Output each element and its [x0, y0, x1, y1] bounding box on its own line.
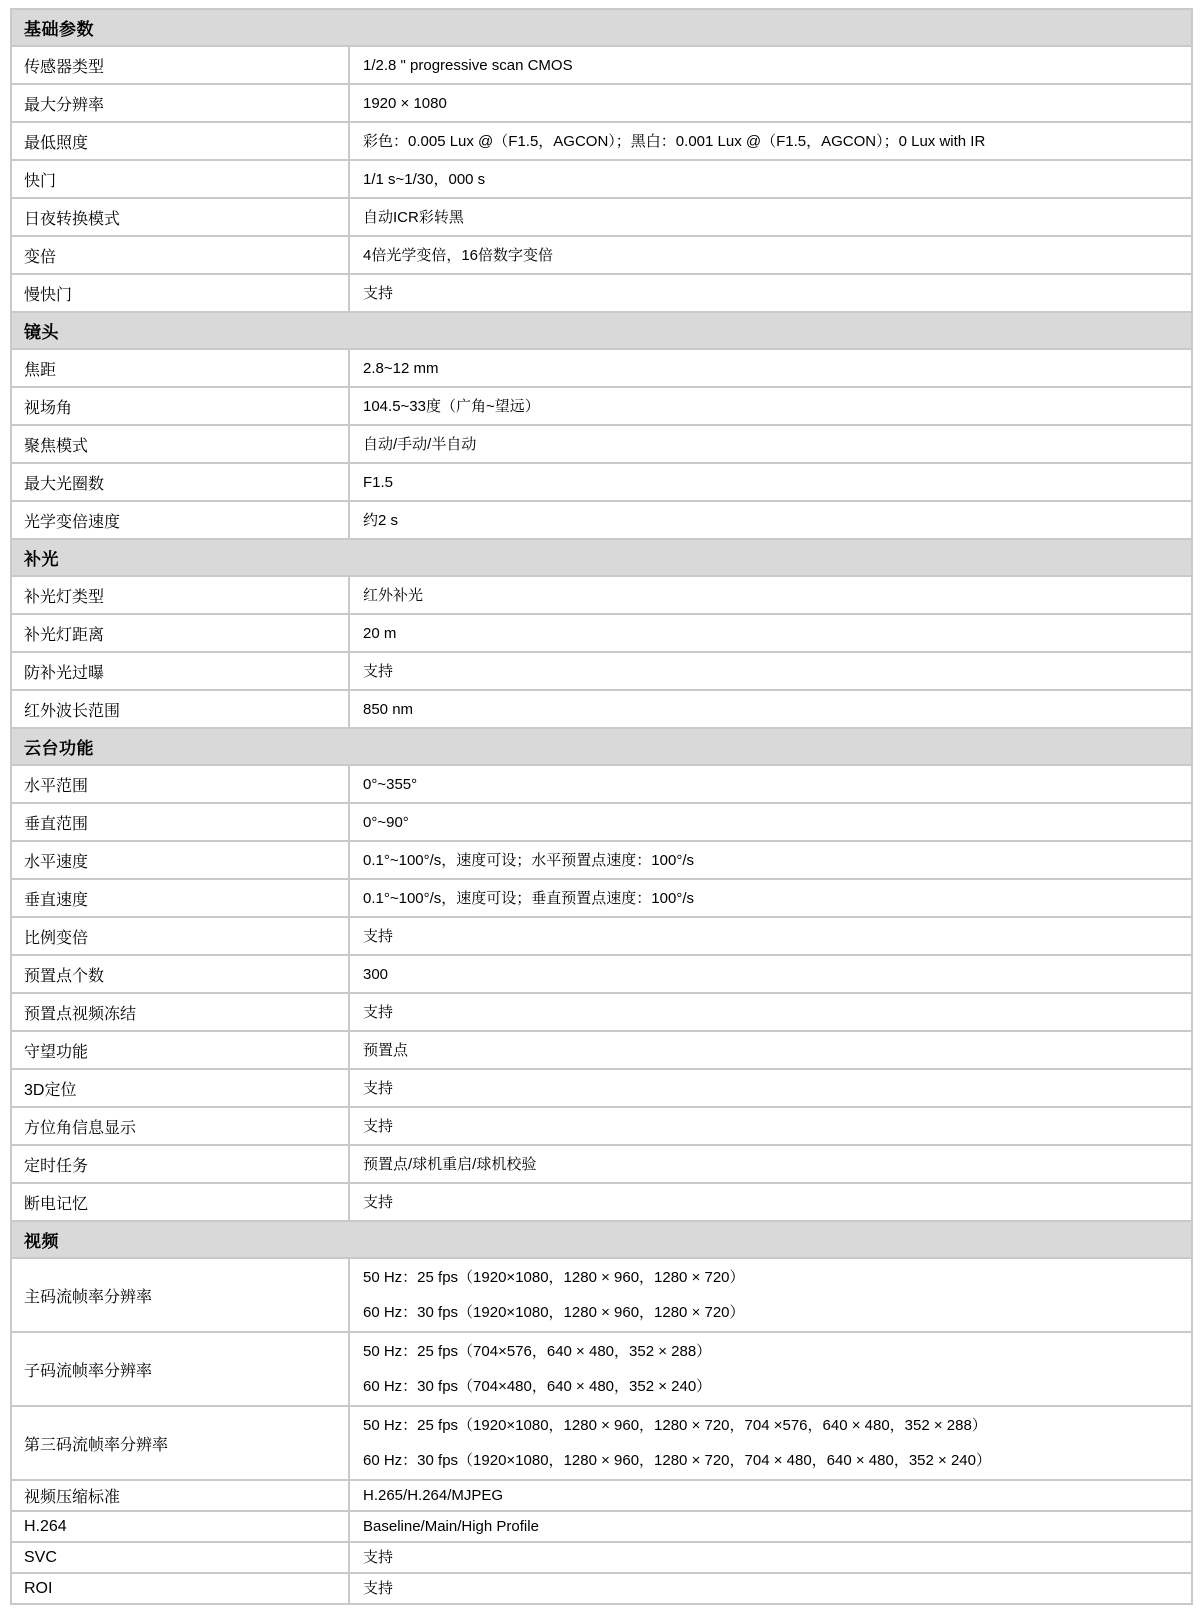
spec-row: 聚焦模式自动/手动/半自动	[12, 424, 1191, 462]
section-header: 镜头	[12, 311, 1191, 348]
spec-row: 断电记忆支持	[12, 1182, 1191, 1220]
spec-label: 聚焦模式	[12, 426, 350, 462]
section-title: 镜头	[24, 318, 59, 343]
spec-value-line: 支持	[363, 1002, 1183, 1023]
spec-value: 支持	[350, 1070, 1191, 1106]
spec-value-line: 2.8~12 mm	[363, 358, 1183, 379]
spec-label: 快门	[12, 161, 350, 197]
section-title: 视频	[24, 1227, 59, 1252]
spec-row: 视场角104.5~33度（广角~望远）	[12, 386, 1191, 424]
spec-label: 最大光圈数	[12, 464, 350, 500]
spec-value: 50 Hz：25 fps（1920×1080，1280 × 960，1280 ×…	[350, 1407, 1191, 1479]
spec-value-line: 850 nm	[363, 699, 1183, 720]
spec-label: 第三码流帧率分辨率	[12, 1407, 350, 1479]
spec-value: 支持	[350, 275, 1191, 311]
spec-label: 补光灯类型	[12, 577, 350, 613]
spec-row: 视频压缩标准H.265/H.264/MJPEG	[12, 1479, 1191, 1510]
spec-row: 补光灯类型红外补光	[12, 575, 1191, 613]
spec-value-line: 自动/手动/半自动	[363, 434, 1183, 455]
spec-value-line: 20 m	[363, 623, 1183, 644]
spec-label: 预置点个数	[12, 956, 350, 992]
spec-value-line: 支持	[363, 283, 1183, 304]
spec-row: 快门1/1 s~1/30，000 s	[12, 159, 1191, 197]
spec-value: 支持	[350, 1184, 1191, 1220]
spec-value-line: 60 Hz：30 fps（704×480，640 × 480，352 × 240…	[363, 1376, 1183, 1397]
spec-label: 光学变倍速度	[12, 502, 350, 538]
spec-value: 300	[350, 956, 1191, 992]
spec-value-line: 预置点/球机重启/球机校验	[363, 1154, 1183, 1175]
spec-value-line: 支持	[363, 1116, 1183, 1137]
spec-value: 支持	[350, 1574, 1191, 1603]
spec-value: 50 Hz：25 fps（704×576，640 × 480，352 × 288…	[350, 1333, 1191, 1405]
spec-value: 850 nm	[350, 691, 1191, 727]
spec-row: 垂直范围0°~90°	[12, 802, 1191, 840]
spec-row: 焦距2.8~12 mm	[12, 348, 1191, 386]
spec-label: 最低照度	[12, 123, 350, 159]
spec-label: 子码流帧率分辨率	[12, 1333, 350, 1405]
spec-row: 最大光圈数F1.5	[12, 462, 1191, 500]
spec-value-line: 50 Hz：25 fps（1920×1080，1280 × 960，1280 ×…	[363, 1267, 1183, 1288]
spec-sheet-page: 基础参数传感器类型1/2.8 " progressive scan CMOS最大…	[0, 0, 1200, 1623]
spec-label: 日夜转换模式	[12, 199, 350, 235]
spec-value: 自动ICR彩转黑	[350, 199, 1191, 235]
spec-value: 自动/手动/半自动	[350, 426, 1191, 462]
spec-value-line: 0.1°~100°/s，速度可设；水平预置点速度：100°/s	[363, 850, 1183, 871]
spec-value: 支持	[350, 653, 1191, 689]
spec-label: 最大分辨率	[12, 85, 350, 121]
spec-label: 方位角信息显示	[12, 1108, 350, 1144]
spec-value-line: 支持	[363, 661, 1183, 682]
spec-label: 水平速度	[12, 842, 350, 878]
spec-row: 光学变倍速度约2 s	[12, 500, 1191, 538]
spec-row: 垂直速度0.1°~100°/s，速度可设；垂直预置点速度：100°/s	[12, 878, 1191, 916]
spec-value-line: 4倍光学变倍，16倍数字变倍	[363, 245, 1183, 266]
spec-value: 104.5~33度（广角~望远）	[350, 388, 1191, 424]
spec-value-line: 支持	[363, 1078, 1183, 1099]
section-title: 云台功能	[24, 734, 94, 759]
spec-value: 2.8~12 mm	[350, 350, 1191, 386]
spec-label: 垂直范围	[12, 804, 350, 840]
spec-value-line: 约2 s	[363, 510, 1183, 531]
spec-row: 红外波长范围850 nm	[12, 689, 1191, 727]
spec-label: 水平范围	[12, 766, 350, 802]
spec-value-line: 预置点	[363, 1040, 1183, 1061]
spec-value: 支持	[350, 994, 1191, 1030]
section-header: 云台功能	[12, 727, 1191, 764]
spec-value-line: F1.5	[363, 472, 1183, 493]
spec-row: 预置点个数300	[12, 954, 1191, 992]
spec-label: 视频压缩标准	[12, 1481, 350, 1510]
spec-row: 补光灯距离20 m	[12, 613, 1191, 651]
spec-row: ROI支持	[12, 1572, 1191, 1603]
spec-row: 变倍4倍光学变倍，16倍数字变倍	[12, 235, 1191, 273]
spec-label: 慢快门	[12, 275, 350, 311]
spec-value: 1/1 s~1/30，000 s	[350, 161, 1191, 197]
spec-label: SVC	[12, 1543, 350, 1572]
section-header: 补光	[12, 538, 1191, 575]
spec-value: 1920 × 1080	[350, 85, 1191, 121]
spec-row: H.264Baseline/Main/High Profile	[12, 1510, 1191, 1541]
spec-value-line: 300	[363, 964, 1183, 985]
spec-value: 0.1°~100°/s，速度可设；水平预置点速度：100°/s	[350, 842, 1191, 878]
spec-value: Baseline/Main/High Profile	[350, 1512, 1191, 1541]
spec-label: 定时任务	[12, 1146, 350, 1182]
spec-row: 守望功能预置点	[12, 1030, 1191, 1068]
spec-value-line: 50 Hz：25 fps（1920×1080，1280 × 960，1280 ×…	[363, 1415, 1183, 1436]
spec-value: F1.5	[350, 464, 1191, 500]
spec-value-line: 支持	[363, 926, 1183, 947]
spec-label: 视场角	[12, 388, 350, 424]
spec-row: 3D定位支持	[12, 1068, 1191, 1106]
spec-label: 防补光过曝	[12, 653, 350, 689]
spec-row: 慢快门支持	[12, 273, 1191, 311]
spec-value-line: 0°~90°	[363, 812, 1183, 833]
spec-label: 垂直速度	[12, 880, 350, 916]
spec-value-line: 彩色：0.005 Lux @（F1.5，AGCON）；黑白：0.001 Lux …	[363, 131, 1183, 152]
spec-value-line: 50 Hz：25 fps（704×576，640 × 480，352 × 288…	[363, 1341, 1183, 1362]
spec-value: 50 Hz：25 fps（1920×1080，1280 × 960，1280 ×…	[350, 1259, 1191, 1331]
spec-label: 预置点视频冻结	[12, 994, 350, 1030]
spec-value: 0°~90°	[350, 804, 1191, 840]
spec-value-line: 自动ICR彩转黑	[363, 207, 1183, 228]
spec-value-line: 1/1 s~1/30，000 s	[363, 169, 1183, 190]
spec-row: 防补光过曝支持	[12, 651, 1191, 689]
spec-value: 1/2.8 " progressive scan CMOS	[350, 47, 1191, 83]
spec-row: 第三码流帧率分辨率50 Hz：25 fps（1920×1080，1280 × 9…	[12, 1405, 1191, 1479]
spec-value: 20 m	[350, 615, 1191, 651]
spec-value-line: 1920 × 1080	[363, 93, 1183, 114]
section-title: 补光	[24, 545, 59, 570]
spec-row: 子码流帧率分辨率50 Hz：25 fps（704×576，640 × 480，3…	[12, 1331, 1191, 1405]
spec-value-line: 支持	[363, 1578, 1183, 1599]
spec-label: 变倍	[12, 237, 350, 273]
spec-value: 预置点/球机重启/球机校验	[350, 1146, 1191, 1182]
section-header: 视频	[12, 1220, 1191, 1257]
spec-row: 最低照度彩色：0.005 Lux @（F1.5，AGCON）；黑白：0.001 …	[12, 121, 1191, 159]
spec-label: H.264	[12, 1512, 350, 1541]
spec-label: 3D定位	[12, 1070, 350, 1106]
spec-label: ROI	[12, 1574, 350, 1603]
spec-value: H.265/H.264/MJPEG	[350, 1481, 1191, 1510]
spec-value-line: H.265/H.264/MJPEG	[363, 1485, 1183, 1506]
spec-value: 彩色：0.005 Lux @（F1.5，AGCON）；黑白：0.001 Lux …	[350, 123, 1191, 159]
spec-value: 4倍光学变倍，16倍数字变倍	[350, 237, 1191, 273]
section-title: 基础参数	[24, 15, 94, 40]
spec-row: 方位角信息显示支持	[12, 1106, 1191, 1144]
spec-value: 预置点	[350, 1032, 1191, 1068]
spec-value: 0°~355°	[350, 766, 1191, 802]
spec-label: 比例变倍	[12, 918, 350, 954]
spec-value-line: 104.5~33度（广角~望远）	[363, 396, 1183, 417]
spec-row: SVC支持	[12, 1541, 1191, 1572]
spec-value-line: Baseline/Main/High Profile	[363, 1516, 1183, 1537]
section-header: 基础参数	[12, 10, 1191, 45]
spec-label: 传感器类型	[12, 47, 350, 83]
spec-row: 定时任务预置点/球机重启/球机校验	[12, 1144, 1191, 1182]
spec-value-line: 60 Hz：30 fps（1920×1080，1280 × 960，1280 ×…	[363, 1450, 1183, 1471]
spec-row: 最大分辨率1920 × 1080	[12, 83, 1191, 121]
spec-row: 主码流帧率分辨率50 Hz：25 fps（1920×1080，1280 × 96…	[12, 1257, 1191, 1331]
spec-row: 日夜转换模式自动ICR彩转黑	[12, 197, 1191, 235]
spec-value: 支持	[350, 1108, 1191, 1144]
spec-label: 红外波长范围	[12, 691, 350, 727]
spec-value-line: 支持	[363, 1547, 1183, 1568]
spec-value-line: 支持	[363, 1192, 1183, 1213]
spec-row: 传感器类型1/2.8 " progressive scan CMOS	[12, 45, 1191, 83]
spec-value-line: 红外补光	[363, 585, 1183, 606]
spec-row: 预置点视频冻结支持	[12, 992, 1191, 1030]
spec-value-line: 0.1°~100°/s，速度可设；垂直预置点速度：100°/s	[363, 888, 1183, 909]
spec-row: 水平速度0.1°~100°/s，速度可设；水平预置点速度：100°/s	[12, 840, 1191, 878]
spec-label: 主码流帧率分辨率	[12, 1259, 350, 1331]
spec-label: 焦距	[12, 350, 350, 386]
spec-value: 红外补光	[350, 577, 1191, 613]
spec-label: 补光灯距离	[12, 615, 350, 651]
spec-label: 断电记忆	[12, 1184, 350, 1220]
spec-label: 守望功能	[12, 1032, 350, 1068]
spec-value-line: 60 Hz：30 fps（1920×1080，1280 × 960，1280 ×…	[363, 1302, 1183, 1323]
spec-value: 支持	[350, 918, 1191, 954]
spec-value: 0.1°~100°/s，速度可设；垂直预置点速度：100°/s	[350, 880, 1191, 916]
spec-value-line: 1/2.8 " progressive scan CMOS	[363, 55, 1183, 76]
spec-row: 比例变倍支持	[12, 916, 1191, 954]
spec-row: 水平范围0°~355°	[12, 764, 1191, 802]
spec-table: 基础参数传感器类型1/2.8 " progressive scan CMOS最大…	[10, 8, 1193, 1605]
spec-value-line: 0°~355°	[363, 774, 1183, 795]
spec-value: 约2 s	[350, 502, 1191, 538]
spec-value: 支持	[350, 1543, 1191, 1572]
